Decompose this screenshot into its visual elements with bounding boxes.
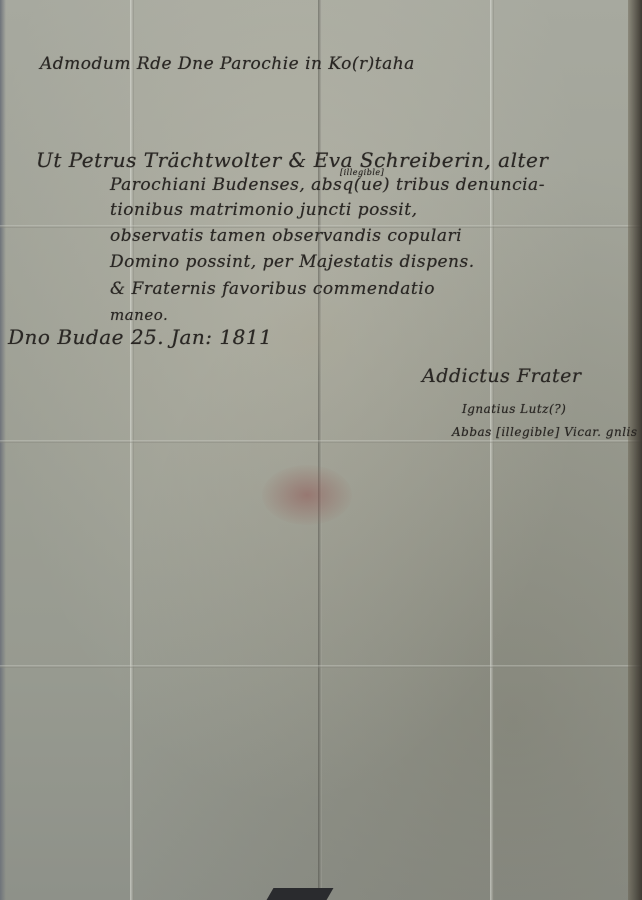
signature-closing: Addictus Frater: [422, 365, 581, 387]
signature-name: Ignatius Lutz(?): [462, 402, 566, 416]
page-tear: [267, 888, 334, 900]
body-line-4: observatis tamen observandis copulari: [110, 226, 462, 246]
body-line-7: maneo.: [110, 306, 168, 324]
letter-heading: Admodum Rde Dne Parochie in Ko(r)taha: [40, 54, 415, 74]
fold-line-vertical: [490, 0, 494, 900]
manuscript-page: Admodum Rde Dne Parochie in Ko(r)taha [i…: [0, 0, 642, 900]
signature-title: Abbas [illegible] Vicar. gnlis: [452, 425, 638, 439]
wax-seal: [262, 465, 352, 525]
body-line-1: Ut Petrus Trächtwolter & Eva Schreiberin…: [36, 148, 548, 172]
body-line-2: Parochiani Budenses, absq(ue) tribus den…: [110, 175, 545, 195]
body-line-5: Domino possint, per Majestatis dispens.: [110, 252, 475, 272]
fold-line-horizontal: [0, 665, 642, 668]
page-left-edge: [0, 0, 6, 900]
page-right-edge: [628, 0, 642, 900]
fold-line-vertical: [130, 0, 134, 900]
fold-line-horizontal: [0, 440, 642, 443]
body-line-3: tionibus matrimonio juncti possit,: [110, 200, 417, 220]
body-line-6: & Fraternis favoribus commendatio: [110, 279, 435, 299]
dateline: Dno Budae 25. Jan: 1811: [8, 325, 272, 349]
fold-line-vertical: [318, 0, 322, 900]
